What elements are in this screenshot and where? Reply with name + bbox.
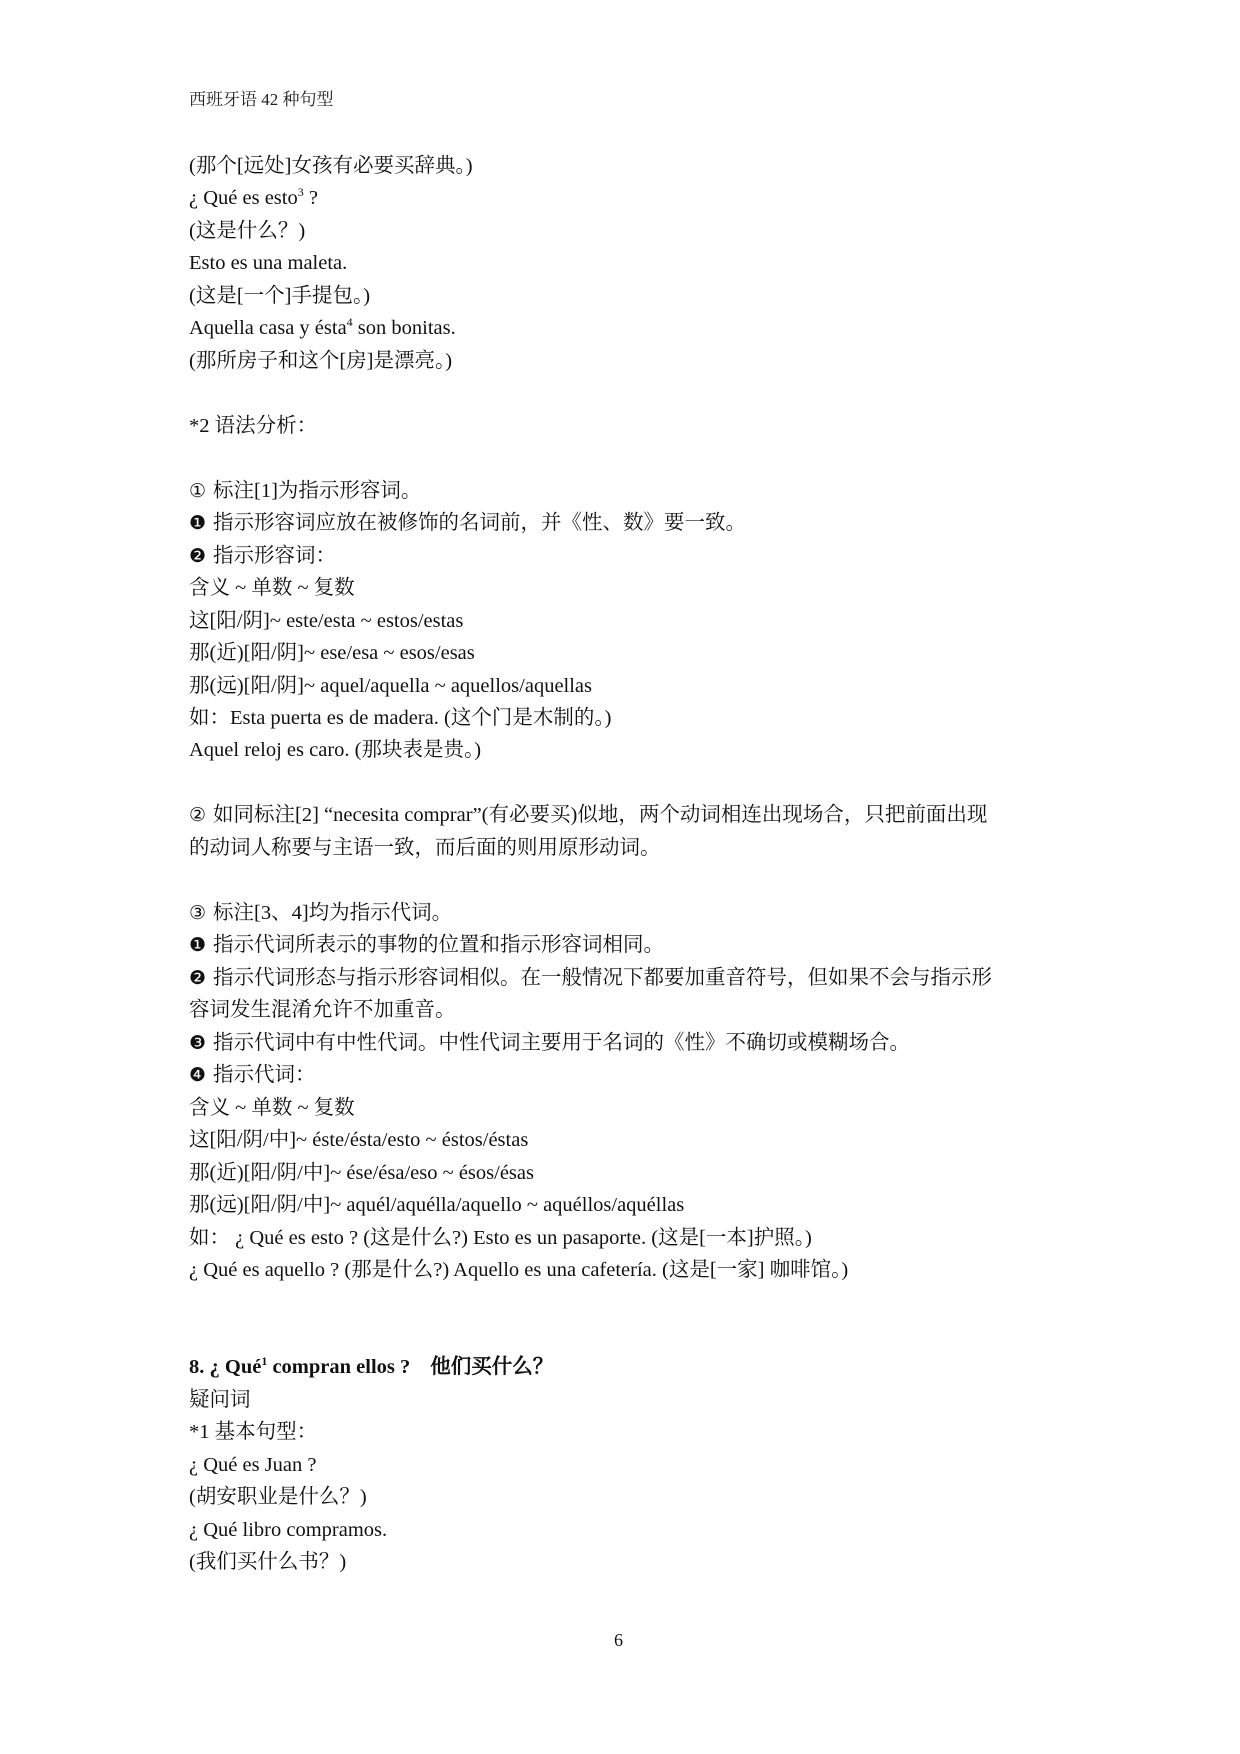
page-number: 6 [614, 1628, 623, 1652]
list-item: ①标注[1]为指示形容词。 [189, 475, 421, 507]
section-heading: 8. ¿ Qué1 compran ellos ?他们买什么？ [189, 1351, 553, 1383]
text-line: *2 语法分析： [189, 410, 317, 442]
text: 指示代词： [213, 1064, 316, 1086]
list-marker-icon: ❸ [189, 1027, 213, 1059]
text: 那(远)[阳/阴]~ aquel/aquella ~ aquellos/aque… [189, 675, 592, 697]
text-line: 那(远)[阳/阴/中]~ aquél/aquélla/aquello ~ aqu… [189, 1189, 684, 1221]
example-translation: (胡安职业是什么？) [189, 1481, 367, 1513]
text: 这[阳/阴/中]~ éste/ésta/esto ~ éstos/éstas [189, 1129, 528, 1151]
text: 那(远)[阳/阴/中]~ aquél/aquélla/aquello ~ aqu… [189, 1194, 684, 1216]
text: 含义 ~ 单数 ~ 复数 [189, 577, 355, 599]
text: Esto es una maleta. [189, 252, 347, 274]
example-translation: (我们买什么书？) [189, 1546, 346, 1578]
text: 如： ¿ Qué es esto ? (这是什么?) Esto es un pa… [189, 1227, 812, 1249]
text-line: Aquella casa y ésta4 son bonitas. [189, 312, 456, 344]
list-marker-icon: ② [189, 799, 213, 831]
list-item: ❶指示代词所表示的事物的位置和指示形容词相同。 [189, 929, 664, 961]
text: 那(近)[阳/阴/中]~ ése/ésa/eso ~ ésos/ésas [189, 1162, 534, 1184]
text-line: 含义 ~ 单数 ~ 复数 [189, 1092, 355, 1124]
text-line: 这[阳/阴]~ este/esta ~ estos/estas [189, 605, 463, 637]
footnote-ref: 1 [261, 1354, 267, 1368]
basic-pattern-label: *1 基本句型： [189, 1416, 317, 1448]
list-item: ③标注[3、4]均为指示代词。 [189, 897, 452, 929]
list-marker-icon: ③ [189, 897, 213, 929]
text-line: Esto es una maleta. [189, 247, 347, 279]
running-header: 西班牙语 42 种句型 [189, 90, 334, 110]
section-subtitle: 疑问词 [189, 1384, 251, 1416]
text: 如同标注[2] “necesita comprar”(有必要买)似地，两个动词相… [213, 804, 987, 826]
list-marker-icon: ❷ [189, 540, 213, 572]
text-line: (这是什么？) [189, 215, 305, 247]
text: (这是什么？) [189, 220, 305, 242]
text: 标注[3、4]均为指示代词。 [213, 902, 452, 924]
text-line: (那个[远处]女孩有必要买辞典。) [189, 150, 473, 182]
footnote-ref: 3 [298, 185, 304, 199]
text-line: (那所房子和这个[房]是漂亮。) [189, 345, 452, 377]
text: 的动词人称要与主语一致，而后面的则用原形动词。 [189, 837, 661, 859]
list-marker-icon: ❷ [189, 962, 213, 994]
text: son bonitas. [353, 317, 456, 339]
text: ¿ Qué es aquello ? (那是什么?) Aquello es un… [189, 1259, 848, 1281]
text: 这[阳/阴]~ este/esta ~ estos/estas [189, 610, 463, 632]
text-line: 的动词人称要与主语一致，而后面的则用原形动词。 [189, 832, 661, 864]
text: 指示代词中有中性代词。中性代词主要用于名词的《性》不确切或模糊场合。 [213, 1032, 910, 1054]
list-item: ❷指示代词形态与指示形容词相似。在一般情况下都要加重音符号，但如果不会与指示形 [189, 962, 992, 994]
text: 那(近)[阳/阴]~ ese/esa ~ esos/esas [189, 642, 475, 664]
list-marker-icon: ❶ [189, 929, 213, 961]
text-line: 那(远)[阳/阴]~ aquel/aquella ~ aquellos/aque… [189, 670, 592, 702]
text: Aquella casa y ésta [189, 317, 347, 339]
section-heading-es-rest: compran ellos ? [267, 1356, 410, 1378]
text: (那个[远处]女孩有必要买辞典。) [189, 155, 473, 177]
text-line: 那(近)[阳/阴]~ ese/esa ~ esos/esas [189, 637, 475, 669]
text-line: 如：Esta puerta es de madera. (这个门是木制的。) [189, 702, 611, 734]
text: ? [304, 187, 318, 209]
text: 指示形容词应放在被修饰的名词前，并《性、数》要一致。 [213, 512, 746, 534]
text: 指示形容词： [213, 545, 336, 567]
text-line: (这是[一个]手提包。) [189, 280, 370, 312]
text-line: Aquel reloj es caro. (那块表是贵。) [189, 734, 481, 766]
footnote-ref: 4 [347, 315, 353, 329]
list-item: ②如同标注[2] “necesita comprar”(有必要买)似地，两个动词… [189, 799, 987, 831]
text: 如：Esta puerta es de madera. (这个门是木制的。) [189, 707, 611, 729]
list-marker-icon: ❹ [189, 1059, 213, 1091]
text-line: 如： ¿ Qué es esto ? (这是什么?) Esto es un pa… [189, 1222, 812, 1254]
list-marker-icon: ① [189, 475, 213, 507]
text-line: 那(近)[阳/阴/中]~ ése/ésa/eso ~ ésos/ésas [189, 1157, 534, 1189]
example-line: ¿ Qué libro compramos. [189, 1514, 387, 1546]
section-heading-zh: 他们买什么？ [430, 1356, 553, 1378]
list-item: ❷指示形容词： [189, 540, 336, 572]
text: (那所房子和这个[房]是漂亮。) [189, 350, 452, 372]
text: ¿ Qué es esto [189, 187, 298, 209]
list-item: ❸指示代词中有中性代词。中性代词主要用于名词的《性》不确切或模糊场合。 [189, 1027, 910, 1059]
text: 指示代词形态与指示形容词相似。在一般情况下都要加重音符号，但如果不会与指示形 [213, 967, 992, 989]
text-line: ¿ Qué es aquello ? (那是什么?) Aquello es un… [189, 1254, 848, 1286]
text: (这是[一个]手提包。) [189, 285, 370, 307]
text: 容词发生混淆允许不加重音。 [189, 999, 456, 1021]
section-heading-es: 8. ¿ Qué [189, 1356, 261, 1378]
text: *2 语法分析： [189, 415, 317, 437]
list-item: ❹指示代词： [189, 1059, 316, 1091]
list-item: ❶指示形容词应放在被修饰的名词前，并《性、数》要一致。 [189, 507, 746, 539]
text: 指示代词所表示的事物的位置和指示形容词相同。 [213, 934, 664, 956]
text-line: 这[阳/阴/中]~ éste/ésta/esto ~ éstos/éstas [189, 1124, 528, 1156]
text: 含义 ~ 单数 ~ 复数 [189, 1097, 355, 1119]
text: Aquel reloj es caro. (那块表是贵。) [189, 739, 481, 761]
text: 标注[1]为指示形容词。 [213, 480, 421, 502]
text-line: 容词发生混淆允许不加重音。 [189, 994, 456, 1026]
text-line: ¿ Qué es esto3 ? [189, 182, 318, 214]
text-line: 含义 ~ 单数 ~ 复数 [189, 572, 355, 604]
example-line: ¿ Qué es Juan ? [189, 1449, 317, 1481]
list-marker-icon: ❶ [189, 507, 213, 539]
